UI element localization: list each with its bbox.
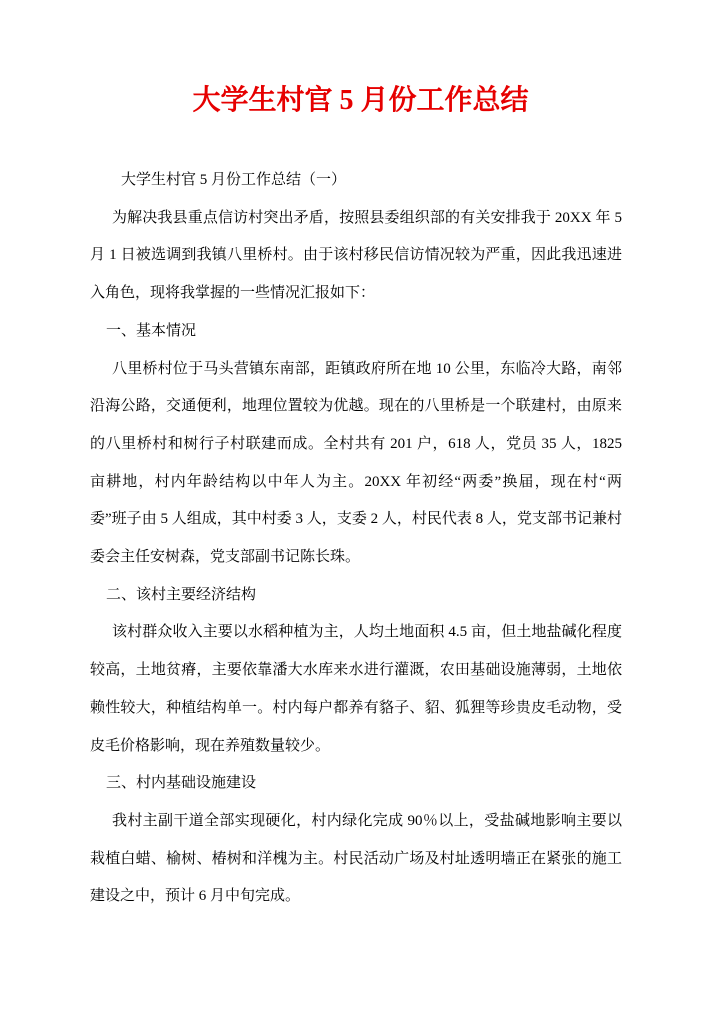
paragraph: 我村主副干道全部实现硬化，村内绿化完成 90％以上，受盐碱地影响主要以栽植白蜡、… xyxy=(90,803,622,916)
doc-subtitle: 大学生村官 5 月份工作总结（一） xyxy=(90,162,622,200)
paragraph: 该村群众收入主要以水稻种植为主，人均土地面积 4.5 亩，但土地盐碱化程度较高，… xyxy=(90,614,622,765)
document-content: 大学生村官 5 月份工作总结（一） 为解决我县重点信访村突出矛盾，按照县委组织部… xyxy=(90,162,622,916)
section-heading: 三、村内基础设施建设 xyxy=(90,765,622,803)
document-body: 为解决我县重点信访村突出矛盾，按照县委组织部的有关安排我于 20XX 年 5 月… xyxy=(90,200,622,916)
paragraph: 八里桥村位于马头营镇东南部，距镇政府所在地 10 公里，东临冷大路，南邻沿海公路… xyxy=(90,351,622,577)
section-heading: 二、该村主要经济结构 xyxy=(90,577,622,615)
paragraph: 为解决我县重点信访村突出矛盾，按照县委组织部的有关安排我于 20XX 年 5 月… xyxy=(90,200,622,313)
section-heading: 一、基本情况 xyxy=(90,313,622,351)
doc-title: 大学生村官 5 月份工作总结 xyxy=(0,0,721,118)
document-page: 大学生村官 5 月份工作总结 大学生村官 5 月份工作总结（一） 为解决我县重点… xyxy=(0,0,721,1020)
